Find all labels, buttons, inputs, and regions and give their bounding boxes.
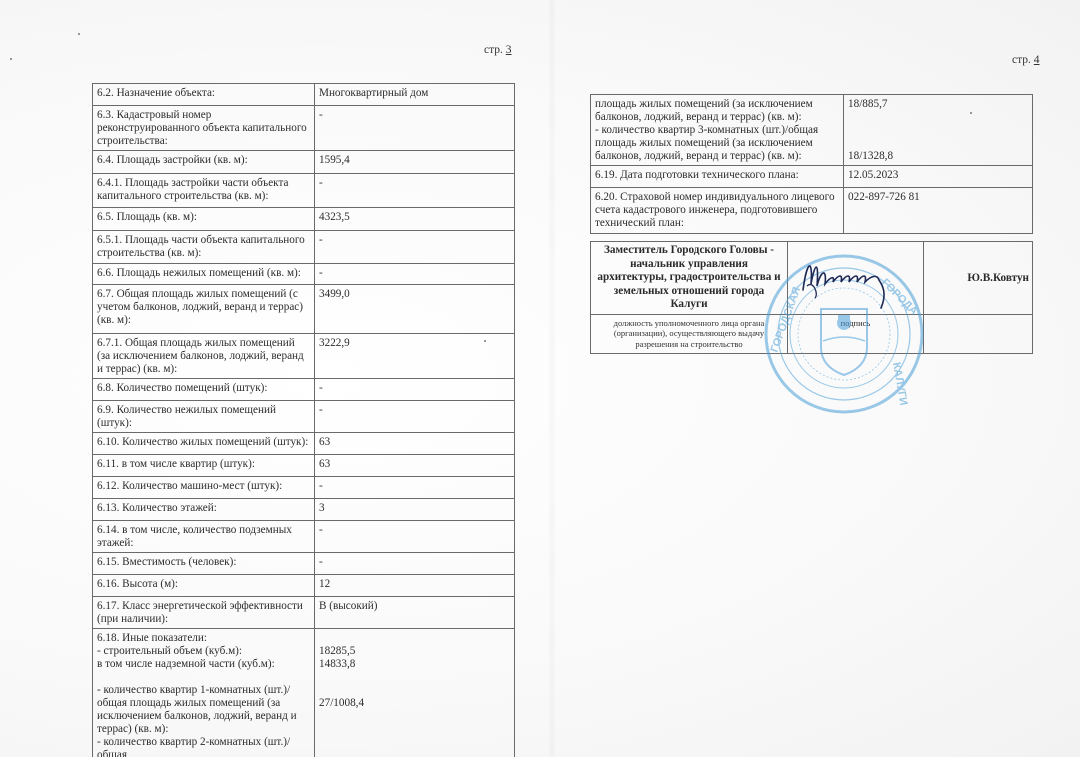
row-label: 6.4.1. Площадь застройки части объекта к… [93,174,315,208]
row-label: 6.3. Кадастровый номер реконструированно… [93,106,315,151]
row-value: - [315,553,515,575]
table-row: 6.14. в том числе, количество подземных … [93,521,515,553]
page-number-value: 4 [1034,54,1040,66]
table-row: 6.3. Кадастровый номер реконструированно… [93,106,515,151]
row-value: - [315,174,515,208]
row-label: 6.15. Вместимость (человек): [93,553,315,575]
row-value: - [315,401,515,433]
table-row: 6.13. Количество этажей:3 [93,499,515,521]
official-position-title: Заместитель Городского Головы - начальни… [591,242,788,315]
row-label: 6.7.1. Общая площадь жилых помещений (за… [93,334,315,379]
row-value: - [315,477,515,499]
page-label: стр. [1012,54,1034,66]
page-label: стр. [484,44,506,56]
row-label: 6.12. Количество машино-мест (штук): [93,477,315,499]
empty-caption-cell [924,314,1033,353]
row-value: B (высокий) [315,597,515,629]
row-value: Многоквартирный дом [315,84,515,106]
row-value: - [315,106,515,151]
row-value: 4323,5 [315,208,515,231]
row-label: 6.17. Класс энергетической эффективности… [93,597,315,629]
row-label: 6.10. Количество жилых помещений (штук): [93,433,315,455]
row-label: 6.11. в том числе квартир (штук): [93,455,315,477]
row-value: - [315,521,515,553]
object-characteristics-table-continued: площадь жилых помещений (за исключением … [590,94,1033,234]
table-row: 6.5.1. Площадь части объекта капитальног… [93,231,515,264]
table-row: площадь жилых помещений (за исключением … [591,95,1033,166]
row-value: 1595,4 [315,151,515,174]
row-label: 6.5.1. Площадь части объекта капитальног… [93,231,315,264]
object-characteristics-table: 6.2. Назначение объекта:Многоквартирный … [92,83,515,757]
row-value: 022-897-726 81 [844,188,1033,234]
row-label: 6.2. Назначение объекта: [93,84,315,106]
page-fold [548,0,556,757]
table-row: 6.10. Количество жилых помещений (штук):… [93,433,515,455]
signer-name: Ю.В.Ковтун [924,242,1033,315]
row-value: 63 [315,433,515,455]
table-row: 6.7. Общая площадь жилых помещений (с уч… [93,285,515,334]
table-row: 6.4. Площадь застройки (кв. м):1595,4 [93,151,515,174]
row-value: 3499,0 [315,285,515,334]
table-row: 6.20. Страховой номер индивидуального ли… [591,188,1033,234]
table-row: 6.8. Количество помещений (штук):- [93,379,515,401]
page-number-value: 3 [506,44,512,56]
scan-speck [78,33,80,35]
row-value: - [315,264,515,285]
row-label: 6.7. Общая площадь жилых помещений (с уч… [93,285,315,334]
row-value: 18285,5 14833,8 27/1008,4 [315,629,515,757]
signature-cell [788,242,924,315]
table-row: 6.19. Дата подготовки технического плана… [591,166,1033,188]
table-row: 6.7.1. Общая площадь жилых помещений (за… [93,334,515,379]
row-label: 6.16. Высота (м): [93,575,315,597]
row-value: 12 [315,575,515,597]
row-value: - [315,379,515,401]
row-label: 6.19. Дата подготовки технического плана… [591,166,844,188]
row-value: - [315,231,515,264]
row-value: 12.05.2023 [844,166,1033,188]
scan-speck [10,58,12,60]
signature-caption: подпись [788,314,924,353]
row-label: 6.6. Площадь нежилых помещений (кв. м): [93,264,315,285]
table-row: 6.18. Иные показатели: - строительный об… [93,629,515,757]
table-row: 6.6. Площадь нежилых помещений (кв. м):- [93,264,515,285]
table-row: 6.2. Назначение объекта:Многоквартирный … [93,84,515,106]
table-row: 6.16. Высота (м):12 [93,575,515,597]
table-row: 6.12. Количество машино-мест (штук):- [93,477,515,499]
row-value: 3 [315,499,515,521]
row-label: 6.20. Страховой номер индивидуального ли… [591,188,844,234]
row-label: 6.8. Количество помещений (штук): [93,379,315,401]
position-caption: должность уполномоченного лица органа (о… [591,314,788,353]
table-row: 6.17. Класс энергетической эффективности… [93,597,515,629]
table-row: 6.9. Количество нежилых помещений (штук)… [93,401,515,433]
table-row: 6.11. в том числе квартир (штук):63 [93,455,515,477]
scan-speck [484,340,486,342]
table-row: 6.15. Вместимость (человек):- [93,553,515,575]
page-number-right: стр. 4 [1012,54,1040,66]
table-row: 6.4.1. Площадь застройки части объекта к… [93,174,515,208]
row-label: 6.14. в том числе, количество подземных … [93,521,315,553]
row-label: 6.13. Количество этажей: [93,499,315,521]
page-number-left: стр. 3 [484,44,512,56]
row-value: 63 [315,455,515,477]
row-value: 18/885,7 18/1328,8 [844,95,1033,166]
table-row: 6.5. Площадь (кв. м):4323,5 [93,208,515,231]
row-label: 6.18. Иные показатели: - строительный об… [93,629,315,757]
row-label: 6.4. Площадь застройки (кв. м): [93,151,315,174]
scan-speck [970,112,972,114]
signature-block: Заместитель Городского Головы - начальни… [590,241,1033,354]
row-label: площадь жилых помещений (за исключением … [591,95,844,166]
row-label: 6.9. Количество нежилых помещений (штук)… [93,401,315,433]
row-label: 6.5. Площадь (кв. м): [93,208,315,231]
